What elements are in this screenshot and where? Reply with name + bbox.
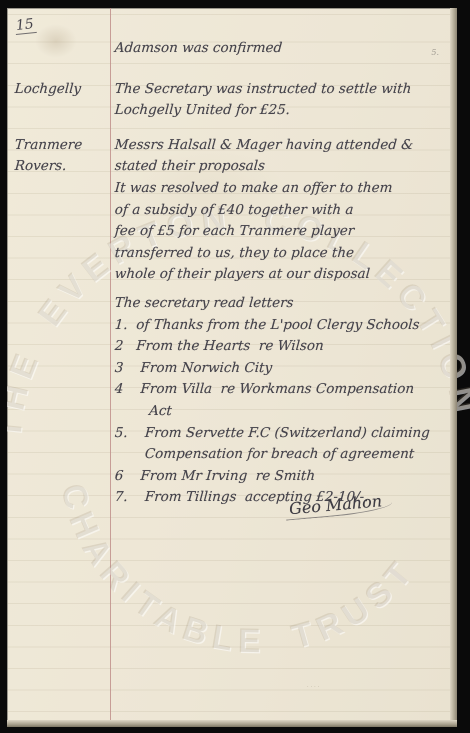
- page-edges-right: [450, 8, 457, 727]
- margin-column: Lochgelly: [7, 79, 104, 122]
- margin-label: Lochgelly: [14, 79, 106, 101]
- sections-container: Adamson was confirmedLochgellyThe Secret…: [7, 38, 447, 524]
- margin-column: [7, 293, 104, 509]
- manuscript-line: 5. From Servette F.C (Switzerland) claim…: [114, 423, 431, 445]
- manuscript-line: of a subsidy of £40 together with a: [114, 200, 414, 222]
- margin-label: Rovers.: [14, 156, 106, 178]
- body-column: The Secretary was instructed to settle w…: [104, 79, 411, 122]
- manuscript-line: transferred to us, they to place the: [114, 243, 414, 265]
- faint-bottom-mark: ····: [307, 684, 321, 690]
- manuscript-line: 1. of Thanks from the L'pool Clergy Scho…: [114, 315, 431, 337]
- manuscript-line: Lochgelly United for £25.: [114, 100, 412, 122]
- body-column: Messrs Halsall & Mager having attended &…: [104, 135, 412, 286]
- page-edges-bottom: [7, 720, 457, 727]
- margin-label: Tranmere: [14, 135, 106, 157]
- manuscript-line: stated their proposals: [114, 156, 414, 178]
- manuscript-line: It was resolved to make an offer to them: [114, 178, 414, 200]
- manuscript-line: Messrs Halsall & Mager having attended &: [114, 135, 414, 157]
- manuscript-line: The Secretary was instructed to settle w…: [114, 79, 412, 101]
- manuscript-line: Compensation for breach of agreement: [114, 444, 431, 466]
- manuscript-line: 2 From the Hearts re Wilson: [114, 336, 431, 358]
- page-number: 15: [14, 16, 36, 35]
- manuscript-line: Adamson was confirmed: [114, 38, 283, 60]
- manuscript-line: 4 From Villa re Workmans Compensation: [114, 379, 431, 401]
- manuscript-line: whole of their players at our disposal: [114, 264, 414, 286]
- manuscript-section: TranmereRovers.Messrs Halsall & Mager ha…: [7, 135, 447, 286]
- manuscript-line: 3 From Norwich City: [114, 358, 431, 380]
- manuscript-section: Adamson was confirmed: [7, 38, 447, 60]
- manuscript-section: LochgellyThe Secretary was instructed to…: [7, 79, 447, 122]
- body-column: The secretary read letters1. of Thanks f…: [104, 293, 429, 509]
- manuscript-line: The secretary read letters: [114, 293, 431, 315]
- margin-column: [7, 38, 104, 60]
- manuscript-line: fee of £5 for each Tranmere player: [114, 221, 414, 243]
- manuscript-section: The secretary read letters1. of Thanks f…: [7, 293, 447, 509]
- ledger-page: 15 5. THE EVERTON COLLECTION CHARITABLE …: [7, 8, 457, 727]
- manuscript-line: 6 From Mr Irving re Smith: [114, 466, 431, 488]
- margin-column: TranmereRovers.: [7, 135, 104, 286]
- manuscript-line: Act: [114, 401, 431, 423]
- body-column: Adamson was confirmed: [104, 38, 281, 60]
